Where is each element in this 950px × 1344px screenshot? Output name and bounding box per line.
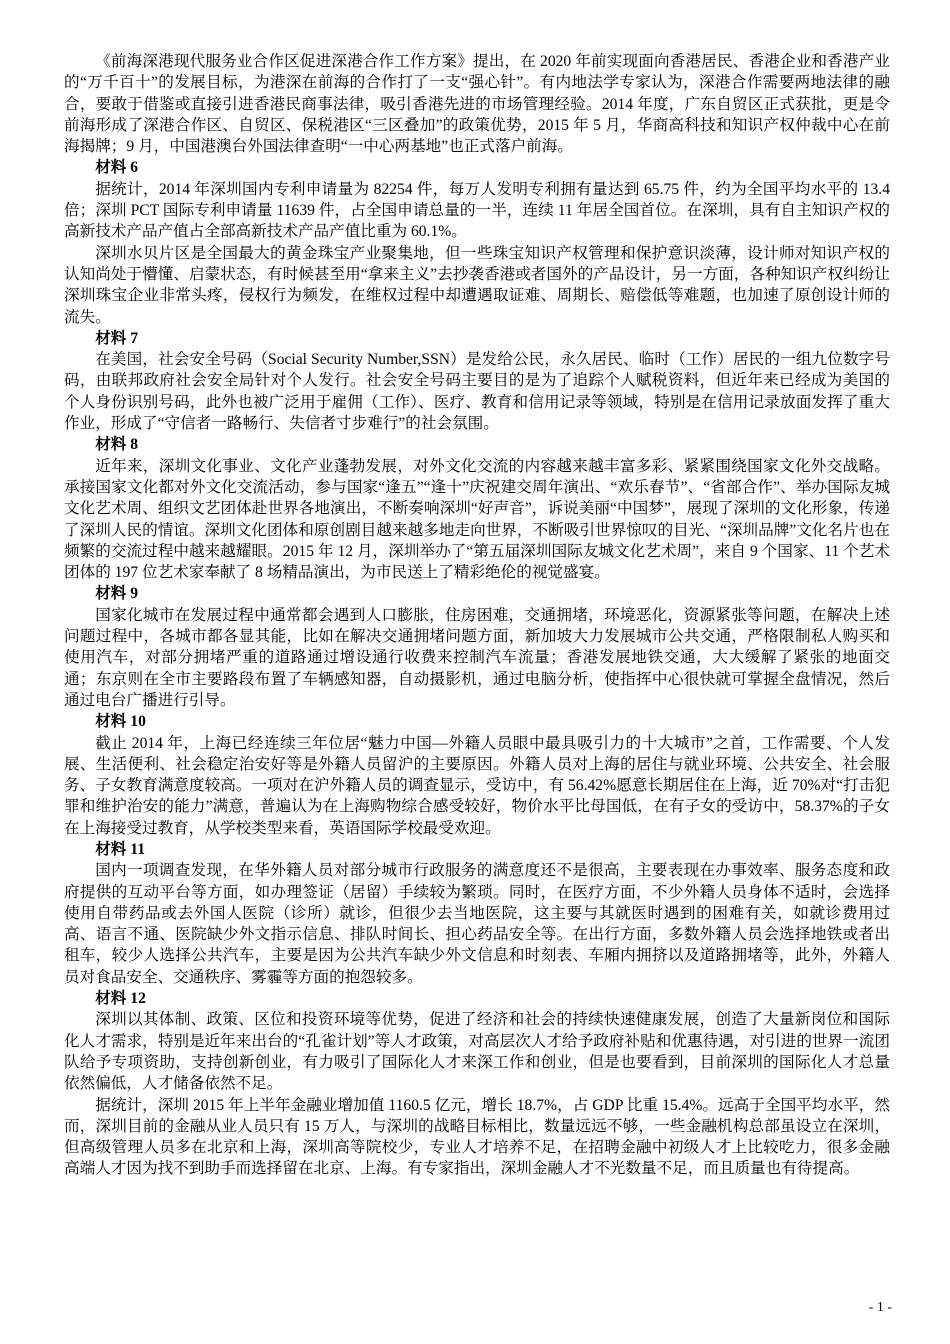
paragraph: 国家化城市在发展过程中通常都会遇到人口膨胀，住房困难，交通拥堵，环境恶化，资源紧… (64, 605, 890, 711)
paragraph: 截止 2014 年，上海已经连续三年位居“魅力中国—外籍人员眼中最具吸引力的十大… (64, 733, 890, 839)
paragraph: 据统计，2014 年深圳国内专利申请量为 82254 件，每万人发明专利拥有量达… (64, 179, 890, 243)
paragraph: 国内一项调查发现，在华外籍人员对部分城市行政服务的满意度还不是很高，主要表现在办… (64, 860, 890, 988)
section-heading-material-9: 材料 9 (64, 583, 890, 604)
intro-paragraph: 《前海深港现代服务业合作区促进深港合作工作方案》提出，在 2020 年前实现面向… (64, 51, 890, 157)
section-heading-material-6: 材料 6 (64, 157, 890, 178)
page-number: - 1 - (869, 1299, 892, 1317)
document-page: 《前海深港现代服务业合作区促进深港合作工作方案》提出，在 2020 年前实现面向… (0, 0, 950, 1344)
paragraph: 深圳以其体制、政策、区位和投资环境等优势，促进了经济和社会的持续快速健康发展，创… (64, 1009, 890, 1094)
section-heading-material-11: 材料 11 (64, 839, 890, 860)
paragraph: 据统计，深圳 2015 年上半年金融业增加值 1160.5 亿元，增长 18.7… (64, 1095, 890, 1180)
paragraph: 在美国，社会安全号码（Social Security Number,SSN）是发… (64, 349, 890, 434)
section-heading-material-7: 材料 7 (64, 328, 890, 349)
paragraph: 近年来，深圳文化事业、文化产业蓬勃发展，对外文化交流的内容越来越丰富多彩、紧紧围… (64, 456, 890, 584)
section-heading-material-10: 材料 10 (64, 711, 890, 732)
document-body: 《前海深港现代服务业合作区促进深港合作工作方案》提出，在 2020 年前实现面向… (64, 51, 890, 1180)
section-heading-material-8: 材料 8 (64, 434, 890, 455)
section-heading-material-12: 材料 12 (64, 988, 890, 1009)
paragraph: 深圳水贝片区是全国最大的黄金珠宝产业聚集地，但一些珠宝知识产权管理和保护意识淡薄… (64, 243, 890, 328)
